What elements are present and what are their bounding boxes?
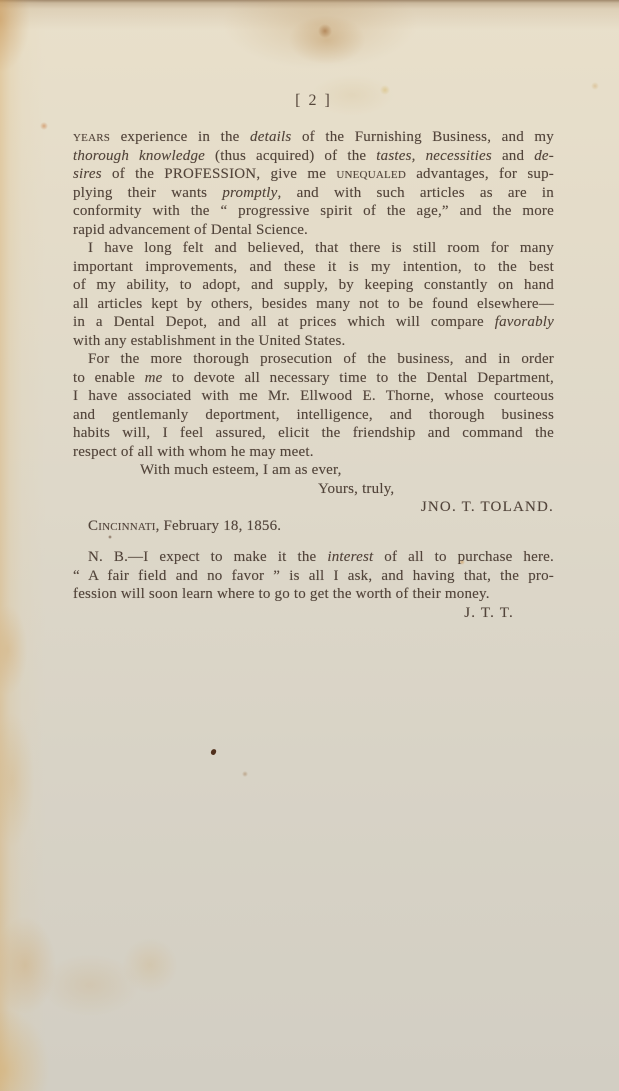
text-line: important improvements, and these it is … [73,258,554,277]
text-line: of my ability, to adopt, and supply, by … [73,276,554,295]
postscript-line: “ A fair field and no favor ” is all I a… [73,567,554,586]
text-line: plying their wants promptly, and with su… [73,184,554,203]
text-line: conformity with the “ progressive spirit… [73,202,554,221]
letter-body: years experience in the details of the F… [73,128,554,622]
postscript-initials: J. T. T. [73,604,554,623]
text-line: and gentlemanly deportment, intelligence… [73,406,554,425]
postscript-line: fession will soon learn where to go to g… [73,585,554,604]
text-line: habits will, I feel assured, elicit the … [73,424,554,443]
page-number: [ 2 ] [73,92,554,110]
text-line: I have long felt and believed, that ther… [73,239,554,258]
text-line: years experience in the details of the F… [73,128,554,147]
closing-line: With much esteem, I am as ever, [73,461,554,480]
text-line: all articles kept by others, besides man… [73,295,554,314]
postscript-line: N. B.—I expect to make it the interest o… [73,548,554,567]
signature: JNO. T. TOLAND. [73,498,554,517]
text-line: to enable me to devote all necessary tim… [73,369,554,388]
ink-speck [210,748,216,755]
text-line: I have associated with me Mr. Ellwood E.… [73,387,554,406]
dateline: Cincinnati, February 18, 1856. [73,517,554,536]
scanned-book-page: [ 2 ] years experience in the details of… [0,0,619,1091]
closing-line: Yours, truly, [73,480,554,499]
text-line: in a Dental Depot, and all at prices whi… [73,313,554,332]
text-line: thorough knowledge (thus acquired) of th… [73,147,554,166]
text-line: sires of the PROFESSION, give me unequal… [73,165,554,184]
text-line: For the more thorough prosecution of the… [73,350,554,369]
